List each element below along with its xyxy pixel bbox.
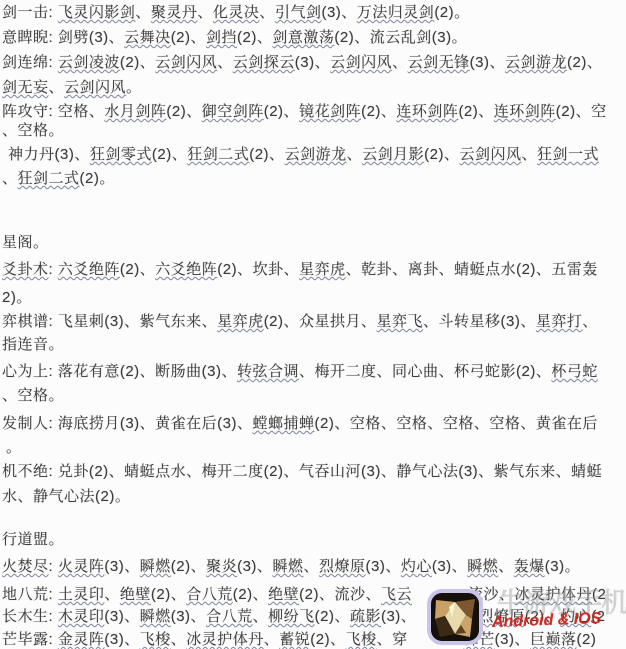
text-segment: 发制人: 海底捞月(3)、黄雀在后(3)、 (2, 415, 253, 432)
text-segment: 剑意激荡 (272, 29, 334, 46)
text-segment: 云剑月影 (362, 146, 424, 163)
text-segment: (3)、 (171, 608, 206, 625)
text-segment: (3)、 (321, 4, 356, 21)
text-segment: 弈棋谱: 飞星刺(3)、紫气东来、 (2, 313, 217, 330)
text-segment: (3)、 (237, 558, 272, 575)
text-line: 剑一击: 飞灵闪影剑、聚灵丹、化灵决、引气剑(3)、万法归灵剑(2)。 (2, 2, 470, 24)
text-segment: 柳纷飞 (268, 608, 315, 625)
text-segment: 星弈打 (536, 313, 583, 330)
text-segment: 连环剑阵 (494, 103, 556, 120)
text-segment: 行道盟。 (2, 531, 64, 548)
text-segment: 剑一击: (2, 4, 58, 21)
text-segment: 连环剑阵 (396, 103, 458, 120)
text-segment: (2)、 (315, 608, 350, 625)
text-segment: 瞬燃 (140, 558, 171, 575)
text-line: 弈棋谱: 飞星刺(3)、紫气东来、星弈虎(2)、众星拱月、星弈飞、斗转星移(3)… (2, 311, 598, 333)
text-segment: 螳螂捕蝉 (253, 415, 315, 432)
text-line: 意睥睨: 剑劈(3)、云舞决(2)、剑挡(2)、剑意激荡(2)、流云乱剑(3)。 (2, 27, 467, 49)
text-segment: 阵攻守: 空格、 (2, 103, 104, 120)
text-segment: 瞬燃 (272, 558, 303, 575)
text-segment: (2)、坎卦、 (217, 261, 299, 278)
text-segment: 飞灵闪影剑 (58, 4, 136, 21)
text-segment: 云剑闪风 (155, 54, 217, 71)
text-line: 剑无妄、云剑闪风。 (2, 77, 142, 99)
text-segment: 、 (49, 79, 65, 96)
text-segment: 星弈虎 (299, 261, 346, 278)
text-segment: 、 (582, 313, 598, 330)
text-segment: 。 (126, 79, 142, 96)
text-segment: 冰灵护体丹 (186, 631, 264, 648)
text-segment: (2)、 (171, 558, 206, 575)
text-segment: 、穿 (377, 631, 408, 648)
watermark-tagline: Android & IOS (492, 610, 602, 632)
text-segment: 云剑闪风 (64, 79, 126, 96)
text-segment: 云剑闪风 (330, 54, 392, 71)
text-line: 发制人: 海底捞月(3)、黄雀在后(3)、螳螂捕蝉(2)、空格、空格、空格、空格… (2, 413, 598, 435)
text-segment: 剑无妄 (2, 79, 49, 96)
text-segment: 、 (498, 558, 514, 575)
text-segment: 蓄锐 (279, 631, 310, 648)
text-segment: 火灵阵 (58, 558, 105, 575)
text-segment: 、 (303, 558, 319, 575)
text-segment: (2)、 (120, 261, 155, 278)
text-segment: 聚炎 (206, 558, 237, 575)
text-segment: (2)、 (361, 103, 396, 120)
text-segment: (2)、 (310, 631, 345, 648)
text-segment: 云剑游龙 (285, 146, 347, 163)
text-segment: (2)、 (424, 146, 459, 163)
text-segment: 轰爆 (514, 558, 545, 575)
text-line: 芒毕露: 金灵阵(3)、飞梭、冰灵护体丹、蓄锐(2)、飞梭、穿锋芒(3)、巨巅落… (2, 629, 596, 649)
text-segment: (2) (577, 631, 597, 648)
text-segment: (2)、空 (556, 103, 607, 120)
text-segment: 、 (2, 170, 18, 187)
text-segment: 绝壁 (268, 586, 299, 603)
text-segment: 飞云 (381, 586, 412, 603)
text-segment: 、 (347, 146, 363, 163)
text-segment: (2)。 (80, 170, 115, 187)
text-segment: 剑挡 (206, 29, 237, 46)
text-segment: 星阁。 (2, 234, 49, 251)
text-segment: (3)、 (495, 631, 530, 648)
text-line: 心为上: 落花有意(2)、断肠曲(3)、转弦合调、梅开二度、同心曲、杯弓蛇影(2… (2, 361, 598, 383)
text-segment: 绝壁 (120, 586, 151, 603)
text-segment: 心为上: 落花有意(2)、断肠曲(3)、 (2, 363, 237, 380)
text-segment: 、 (392, 54, 408, 71)
text-segment: (3)。 (545, 558, 580, 575)
text-segment: 灼心 (401, 558, 432, 575)
text-segment: 土灵印 (58, 586, 105, 603)
text-segment: : (49, 558, 58, 575)
text-segment: 、 (259, 4, 275, 21)
text-segment: 六爻绝阵 (155, 261, 217, 278)
text-segment: 万法归灵剑 (357, 4, 435, 21)
text-segment: 、梅开二度、同心曲、杯弓蛇影(2)、 (299, 363, 551, 380)
text-segment: (3)、 (470, 54, 505, 71)
text-segment: (2)、流云乱剑(3)。 (334, 29, 467, 46)
text-segment: (2)、 (237, 29, 272, 46)
text-line: 水、静气心法(2)。 (2, 486, 130, 508)
text-segment: 、 (135, 4, 151, 21)
text-segment: 、斗转星移(3)、 (423, 313, 536, 330)
text-segment: 疏影 (350, 608, 381, 625)
text-segment: 合八荒 (186, 586, 233, 603)
text-segment: 爻卦术 (2, 261, 49, 278)
text-segment: 水月剑阵 (104, 103, 166, 120)
text-segment: (3)、 (381, 608, 416, 625)
text-segment: 镜花剑阵 (299, 103, 361, 120)
text-segment: 指连音。 (2, 336, 64, 353)
text-segment: (2)、流沙、 (299, 586, 381, 603)
text-segment: 云剑探云 (233, 54, 295, 71)
text-segment: 瞬燃 (140, 608, 171, 625)
text-segment: 转弦合调 (237, 363, 299, 380)
text-segment: 水、静气心法(2)。 (2, 488, 130, 505)
text-segment: 2)。 (2, 289, 32, 306)
text-segment: (2)、 (233, 586, 268, 603)
text-segment: 巨巅落 (530, 631, 577, 648)
text-segment: 神力丹(3)、 (8, 146, 90, 163)
text-segment: : (49, 261, 58, 278)
text-segment: (3)、 (432, 558, 467, 575)
text-segment: 机不绝: 兑卦(2)、蜻蜓点水、梅开二度(2)、气吞山河(3)、静气心法(3)、… (2, 463, 602, 480)
text-line: 阵攻守: 空格、水月剑阵(2)、御空剑阵(2)、镜花剑阵(2)、连环剑阵(2)、… (2, 101, 607, 123)
text-line: 火焚尽: 火灵阵(3)、瞬燃(2)、聚炎(3)、瞬燃、烈燎原(3)、灼心(3)、… (2, 556, 580, 578)
text-segment: 飞梭 (346, 631, 377, 648)
text-line: 。 (6, 437, 22, 459)
text-segment: 化灵决 (213, 4, 260, 21)
text-segment: 剑连绵: (2, 54, 58, 71)
text-segment: 、 (197, 4, 213, 21)
text-segment: (3)、 (295, 54, 330, 71)
text-segment: 六爻绝阵 (58, 261, 120, 278)
text-segment: (3)、 (104, 608, 139, 625)
text-line: 、狂剑二式(2)。 (2, 168, 115, 190)
text-segment: 地八荒: (2, 586, 58, 603)
text-segment: (2)。 (434, 4, 469, 21)
text-segment: 星弈飞 (377, 313, 424, 330)
text-segment: 、 (521, 146, 537, 163)
text-line: 神力丹(3)、狂剑零式(2)、狂剑二式(2)、云剑游龙、云剑月影(2)、云剑闪风… (8, 144, 599, 166)
text-segment: 、 (253, 608, 269, 625)
text-segment: (2)、空格、空格、空格、空格、黄雀在后 (315, 415, 598, 432)
gem-icon (427, 589, 483, 645)
text-segment: 狂剑零式 (90, 146, 152, 163)
text-segment: (2)、 (458, 103, 493, 120)
text-line: 指连音。 (2, 334, 64, 356)
text-segment: 聚灵丹 (151, 4, 198, 21)
text-line: 星阁。 (2, 232, 49, 254)
text-segment: 合八荒 (206, 608, 253, 625)
text-segment: 、乾卦、离卦、蜻蜓点水(2)、五雷轰 (346, 261, 598, 278)
text-segment: (3)、 (365, 558, 400, 575)
text-segment: 云剑凌波 (58, 54, 120, 71)
text-segment: 御空剑阵 (202, 103, 264, 120)
text-line: 2)。 (2, 287, 32, 309)
text-line: 剑连绵: 云剑凌波(2)、云剑闪风、云剑探云(3)、云剑闪风、云剑无锋(3)、云… (2, 52, 602, 74)
text-segment: (3)、 (104, 558, 139, 575)
text-segment: 烈燎原 (319, 558, 366, 575)
text-segment: (2)、 (567, 54, 602, 71)
text-segment: 云剑游龙 (505, 54, 567, 71)
text-segment: 、 (171, 631, 187, 648)
text-segment: (3)、 (104, 631, 139, 648)
text-line: 、空格。 (2, 385, 64, 407)
text-segment: (2)、 (264, 103, 299, 120)
text-line: 爻卦术: 六爻绝阵(2)、六爻绝阵(2)、坎卦、星弈虎、乾卦、离卦、蜻蜓点水(2… (2, 259, 598, 281)
document-body: 剑一击: 飞灵闪影剑、聚灵丹、化灵决、引气剑(3)、万法归灵剑(2)。意睥睨: … (0, 0, 626, 649)
text-segment: 金灵阵 (58, 631, 105, 648)
text-segment: (2)、 (249, 146, 284, 163)
text-segment: 木灵印 (58, 608, 105, 625)
text-segment: 云舞决 (124, 29, 171, 46)
text-segment: 飞梭 (140, 631, 171, 648)
text-segment: 长木生: (2, 608, 58, 625)
text-segment: 瞬燃 (467, 558, 498, 575)
text-segment: 。 (6, 439, 22, 456)
text-segment: 、 (264, 631, 280, 648)
text-segment: (2)、 (120, 54, 155, 71)
text-segment: 芒毕露: (2, 631, 58, 648)
text-segment: (2)、 (171, 29, 206, 46)
text-segment: 意睥睨: 剑劈(3)、 (2, 29, 124, 46)
text-segment: 引气剑 (275, 4, 322, 21)
gem-app-icon (427, 589, 483, 645)
text-segment: 、空格。 (2, 122, 64, 139)
text-segment: 、 (217, 54, 233, 71)
text-segment: (2)、 (151, 586, 186, 603)
text-line: 行道盟。 (2, 529, 64, 551)
text-line: 机不绝: 兑卦(2)、蜻蜓点水、梅开二度(2)、气吞山河(3)、静气心法(3)、… (2, 461, 602, 483)
text-segment: (2)、 (166, 103, 201, 120)
text-segment: (2)、众星拱月、 (264, 313, 377, 330)
text-segment: 星弈虎 (217, 313, 264, 330)
text-line: 、空格。 (2, 120, 64, 142)
text-segment: (2)、 (152, 146, 187, 163)
text-segment: 云剑无锋 (408, 54, 470, 71)
text-segment: 狂剑二式 (18, 170, 80, 187)
text-segment: 杯弓蛇 (551, 363, 598, 380)
text-segment: 狂剑二式 (187, 146, 249, 163)
text-segment: 、 (104, 586, 120, 603)
text-segment: 云剑闪风 (459, 146, 521, 163)
text-segment: 、空格。 (2, 387, 64, 404)
text-segment: 狂剑一式 (537, 146, 599, 163)
text-segment: 火焚尽 (2, 558, 49, 575)
